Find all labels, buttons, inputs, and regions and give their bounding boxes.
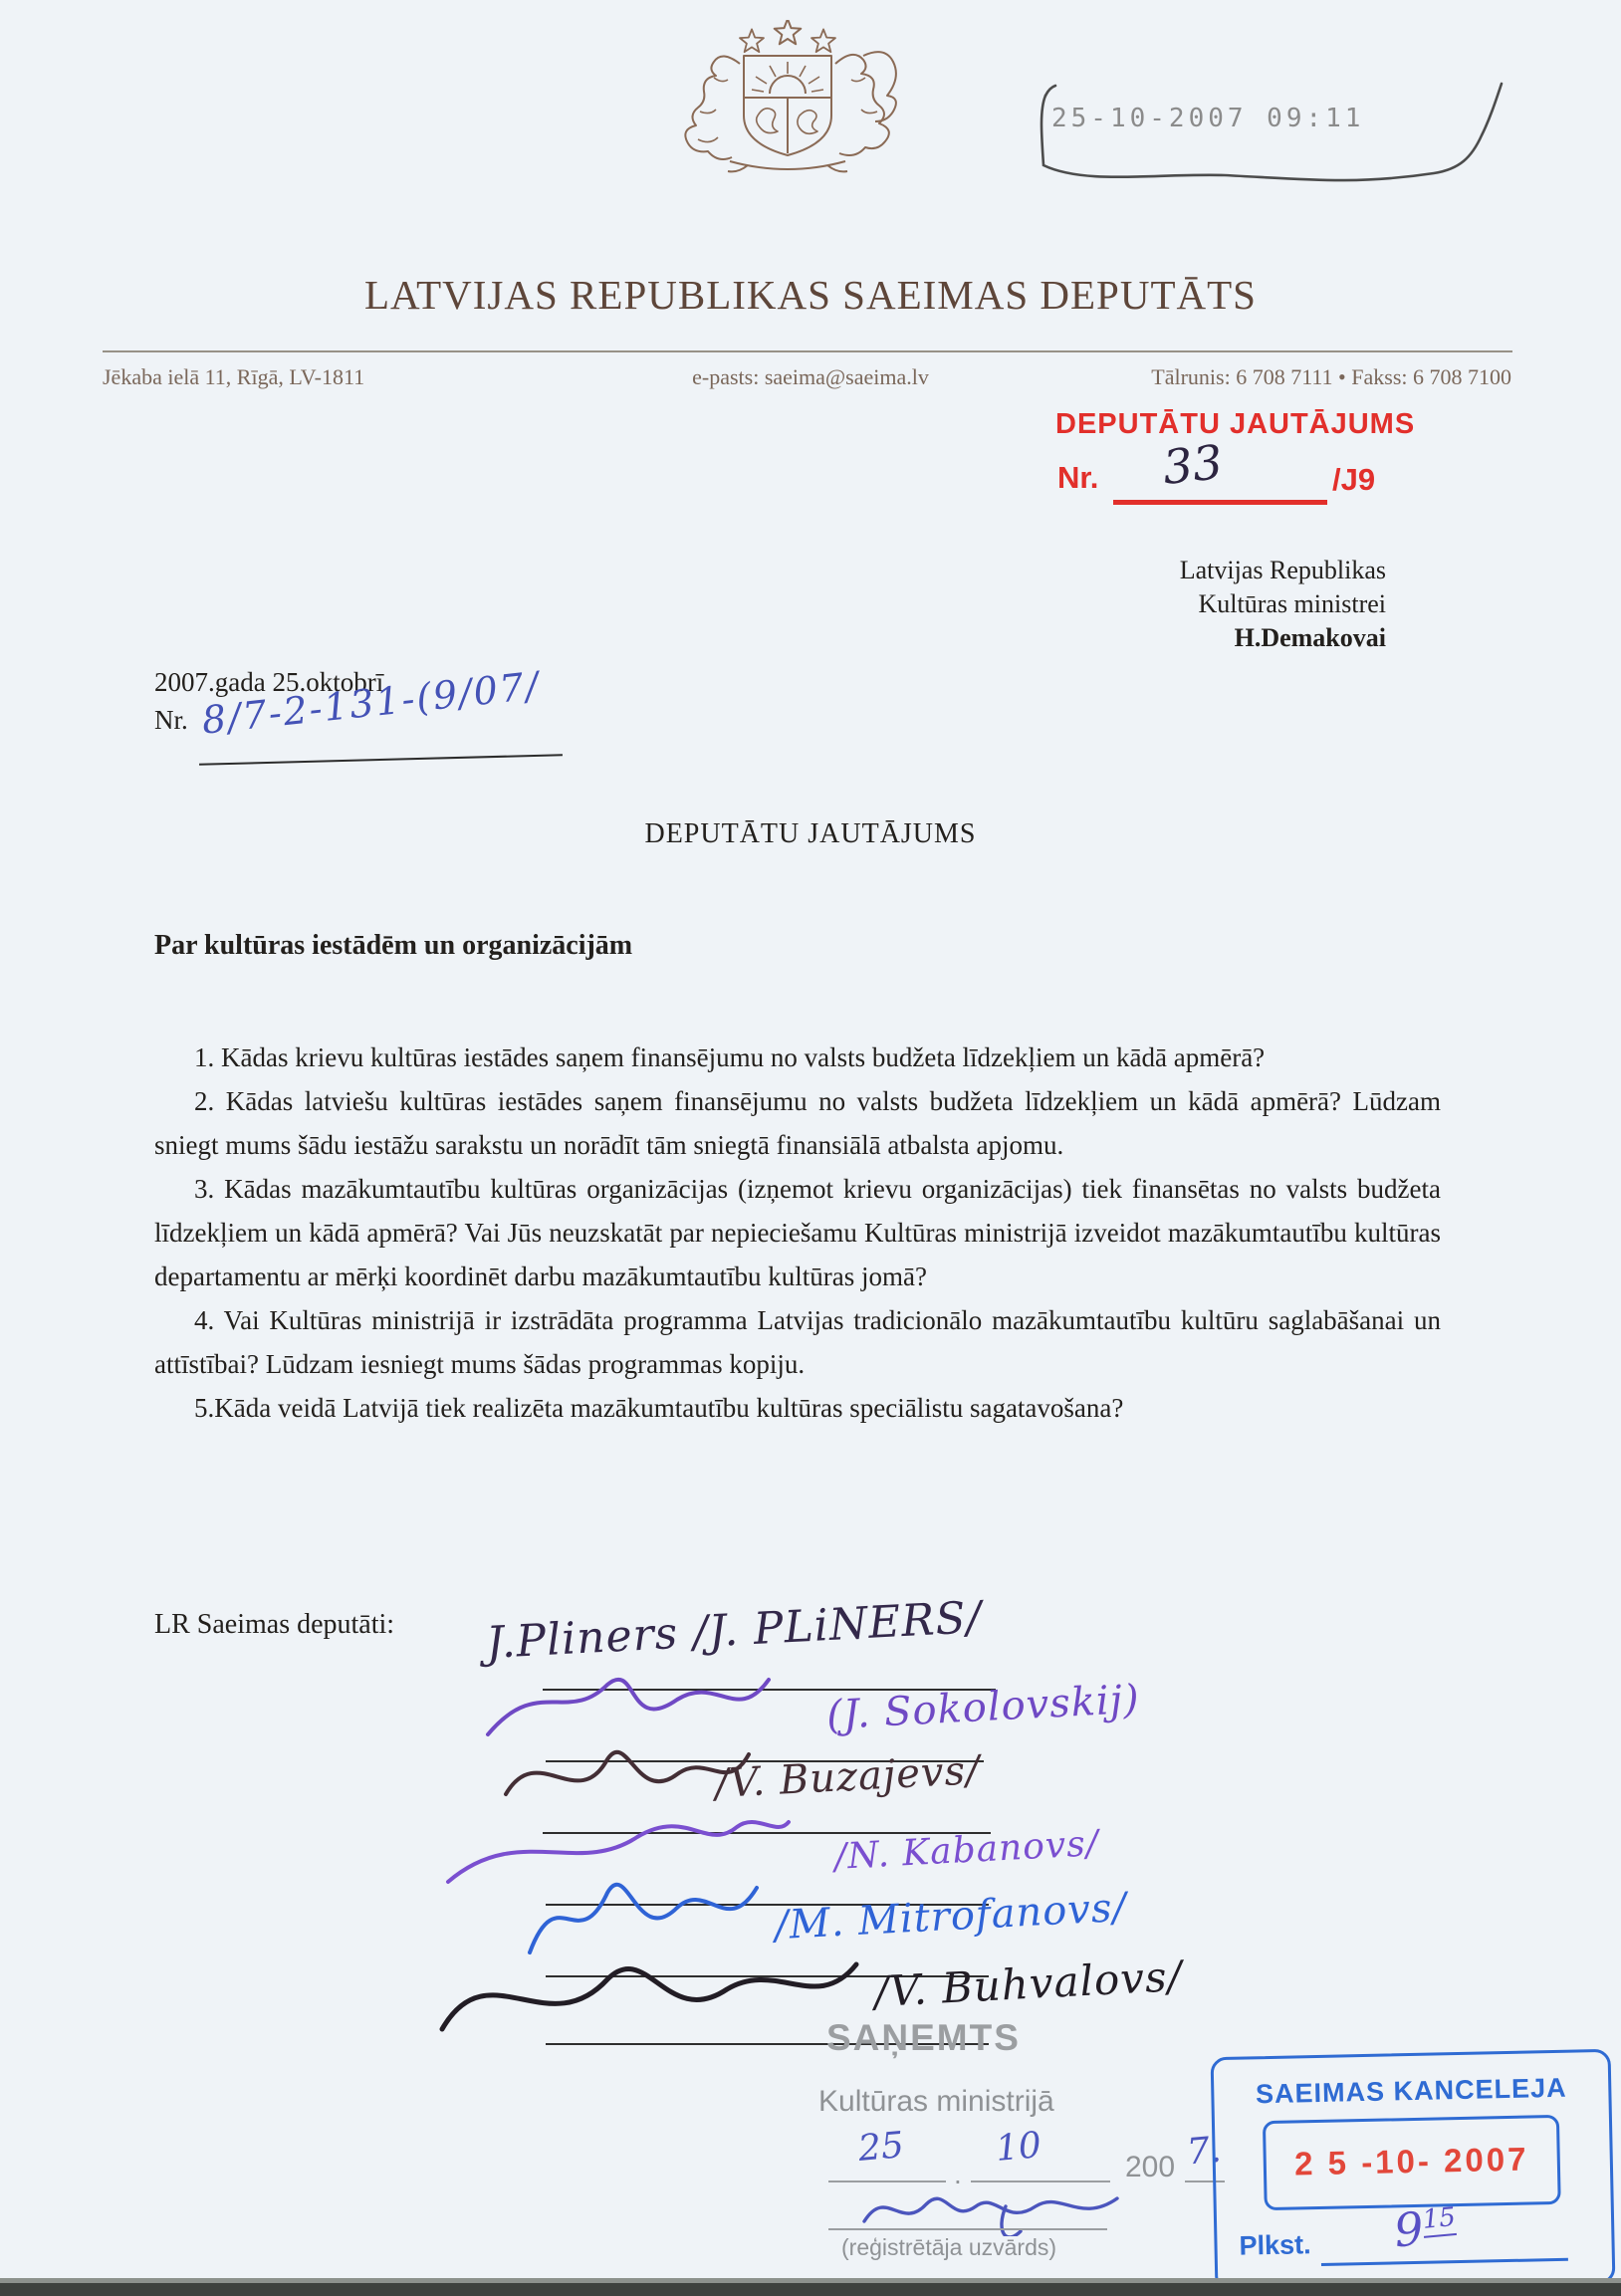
registrar-signature-scrawl bbox=[856, 2177, 1125, 2236]
question-1: 1. Kādas krievu kultūras iestādes saņem … bbox=[154, 1035, 1441, 1079]
signature-scrawl bbox=[518, 1858, 767, 1967]
question-5: 5.Kāda veidā Latvijā tiek realizēta mazā… bbox=[154, 1386, 1441, 1430]
recipient-name: H.Demakovai bbox=[1180, 621, 1386, 655]
chancery-time-handwritten: 915 bbox=[1392, 2198, 1459, 2257]
received-stamp-caption: (reģistrētāja uzvārds) bbox=[841, 2234, 1056, 2261]
signature-buhvalovs: /V. Buhvalovs/ bbox=[873, 1952, 1184, 2016]
scan-edge-dark bbox=[0, 2283, 1621, 2296]
received-year-printed: 200 bbox=[1125, 2151, 1175, 2184]
document-heading: DEPUTĀTU JAUTĀJUMS bbox=[0, 818, 1621, 850]
received-stamp-ministry: Kultūras ministrijā bbox=[818, 2085, 1054, 2119]
letterhead-rule bbox=[103, 350, 1512, 352]
chancery-time-line bbox=[1321, 2258, 1568, 2266]
stamp-title: DEPUTĀTU JAUTĀJUMS bbox=[1055, 408, 1415, 441]
pen-bracket-mark bbox=[1016, 74, 1533, 203]
received-day-handwritten: 25 bbox=[856, 2125, 905, 2170]
stamp-nr-label: Nr. bbox=[1057, 460, 1098, 496]
latvia-coat-of-arms-icon bbox=[652, 20, 923, 177]
question-list: 1. Kādas krievu kultūras iestādes saņem … bbox=[154, 1035, 1441, 1430]
signatories-label: LR Saeimas deputāti: bbox=[154, 1609, 394, 1641]
chancery-stamp-title: SAEIMAS KANCELEJA bbox=[1214, 2072, 1609, 2111]
signature-sokolovskis: (J. Sokolovskij) bbox=[825, 1677, 1141, 1738]
letterhead-phone: Tālrunis: 6 708 7111 • Fakss: 6 708 7100 bbox=[1151, 364, 1511, 390]
document-subject: Par kultūras iestādēm un organizācijām bbox=[154, 930, 632, 962]
chancery-time-label: Plkst. bbox=[1239, 2229, 1311, 2262]
recipient-line: Kultūras ministrei bbox=[1180, 587, 1386, 621]
chancery-date-box: 2 5 -10- 2007 bbox=[1263, 2115, 1561, 2210]
signature-pliners: J.Pliners /J. PLiNERS/ bbox=[485, 1592, 984, 1669]
received-month-handwritten: 10 bbox=[994, 2125, 1042, 2170]
recipient-line: Latvijas Republikas bbox=[1180, 554, 1386, 587]
question-2: 2. Kādas latviešu kultūras iestādes saņe… bbox=[154, 1079, 1441, 1167]
registrar-signature-line bbox=[828, 2228, 1107, 2230]
letterhead-title: LATVIJAS REPUBLIKAS SAEIMAS DEPUTĀTS bbox=[0, 271, 1621, 319]
stamp-nr-suffix: /J9 bbox=[1332, 462, 1375, 498]
stamp-nr-line bbox=[1113, 500, 1327, 505]
signature-scrawl bbox=[478, 1655, 777, 1754]
reference-underline bbox=[199, 754, 563, 766]
time-minutes: 15 bbox=[1421, 2202, 1457, 2238]
stamp-nr-handwritten-value: 33 bbox=[1160, 435, 1225, 496]
scanned-letter-page: 25-10-2007 09:11 LATVIJAS REPUBLIKAS SAE… bbox=[0, 0, 1621, 2296]
stars bbox=[740, 20, 835, 52]
question-3: 3. Kādas mazākumtautību kultūras organiz… bbox=[154, 1167, 1441, 1298]
reference-nr-label: Nr. bbox=[154, 705, 188, 736]
deputatu-jautajums-stamp: DEPUTĀTU JAUTĀJUMS Nr. 33 /J9 bbox=[1055, 408, 1474, 518]
question-4: 4. Vai Kultūras ministrijā ir izstrādāta… bbox=[154, 1298, 1441, 1386]
signature-buzajevs: /V. Buzajevs/ bbox=[714, 1747, 982, 1807]
saeima-chancery-stamp: SAEIMAS KANCELEJA 2 5 -10- 2007 Plkst. 9… bbox=[1211, 2049, 1616, 2292]
recipient-block: Latvijas Republikas Kultūras ministrei H… bbox=[1180, 554, 1386, 655]
signature-mitrofanovs: /M. Mitrofanovs/ bbox=[774, 1885, 1128, 1949]
chancery-date: 2 5 -10- 2007 bbox=[1266, 2140, 1557, 2183]
received-stamp-title: SAŅEMTS bbox=[826, 2017, 1021, 2059]
